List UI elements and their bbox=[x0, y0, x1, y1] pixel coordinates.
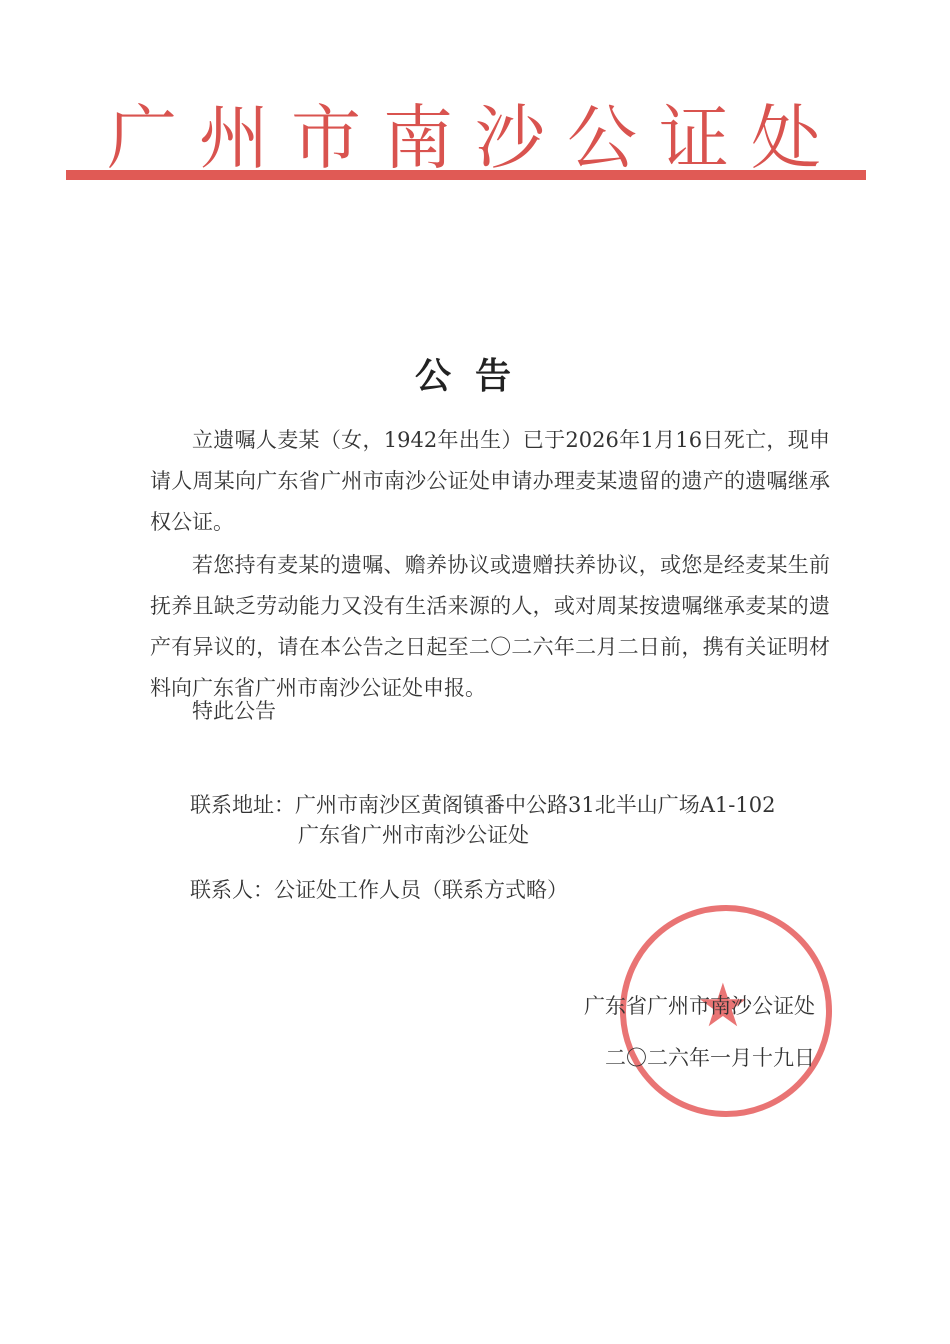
contact-address-line-2: 广东省广州市南沙公证处 bbox=[190, 820, 775, 850]
signoff-date: 二〇二六年一月十九日 bbox=[605, 1042, 815, 1072]
notice-paragraph-2: 若您持有麦某的遗嘱、赡养协议或遗赠扶养协议，或您是经麦某生前抚养且缺乏劳动能力又… bbox=[150, 545, 830, 709]
letterhead-org-name: 广州市南沙公证处 bbox=[0, 82, 950, 183]
contact-person-value: 公证处工作人员（联系方式略） bbox=[274, 878, 568, 902]
contact-address-label: 联系地址： bbox=[190, 793, 295, 817]
signoff-org: 广东省广州市南沙公证处 bbox=[584, 990, 815, 1020]
notice-closing: 特此公告 bbox=[192, 695, 276, 725]
letterhead-red-rule bbox=[66, 170, 866, 180]
contact-person-label: 联系人： bbox=[190, 878, 274, 902]
contact-address-line-1: 广州市南沙区黄阁镇番中公路31北半山广场A1-102 bbox=[295, 793, 775, 817]
notice-title: 公告 bbox=[0, 348, 950, 399]
contact-person: 联系人：公证处工作人员（联系方式略） bbox=[190, 875, 568, 905]
notice-paragraph-1: 立遗嘱人麦某（女，1942年出生）已于2026年1月16日死亡，现申请人周某向广… bbox=[150, 420, 830, 543]
contact-address: 联系地址：广州市南沙区黄阁镇番中公路31北半山广场A1-102 广东省广州市南沙… bbox=[190, 790, 775, 850]
